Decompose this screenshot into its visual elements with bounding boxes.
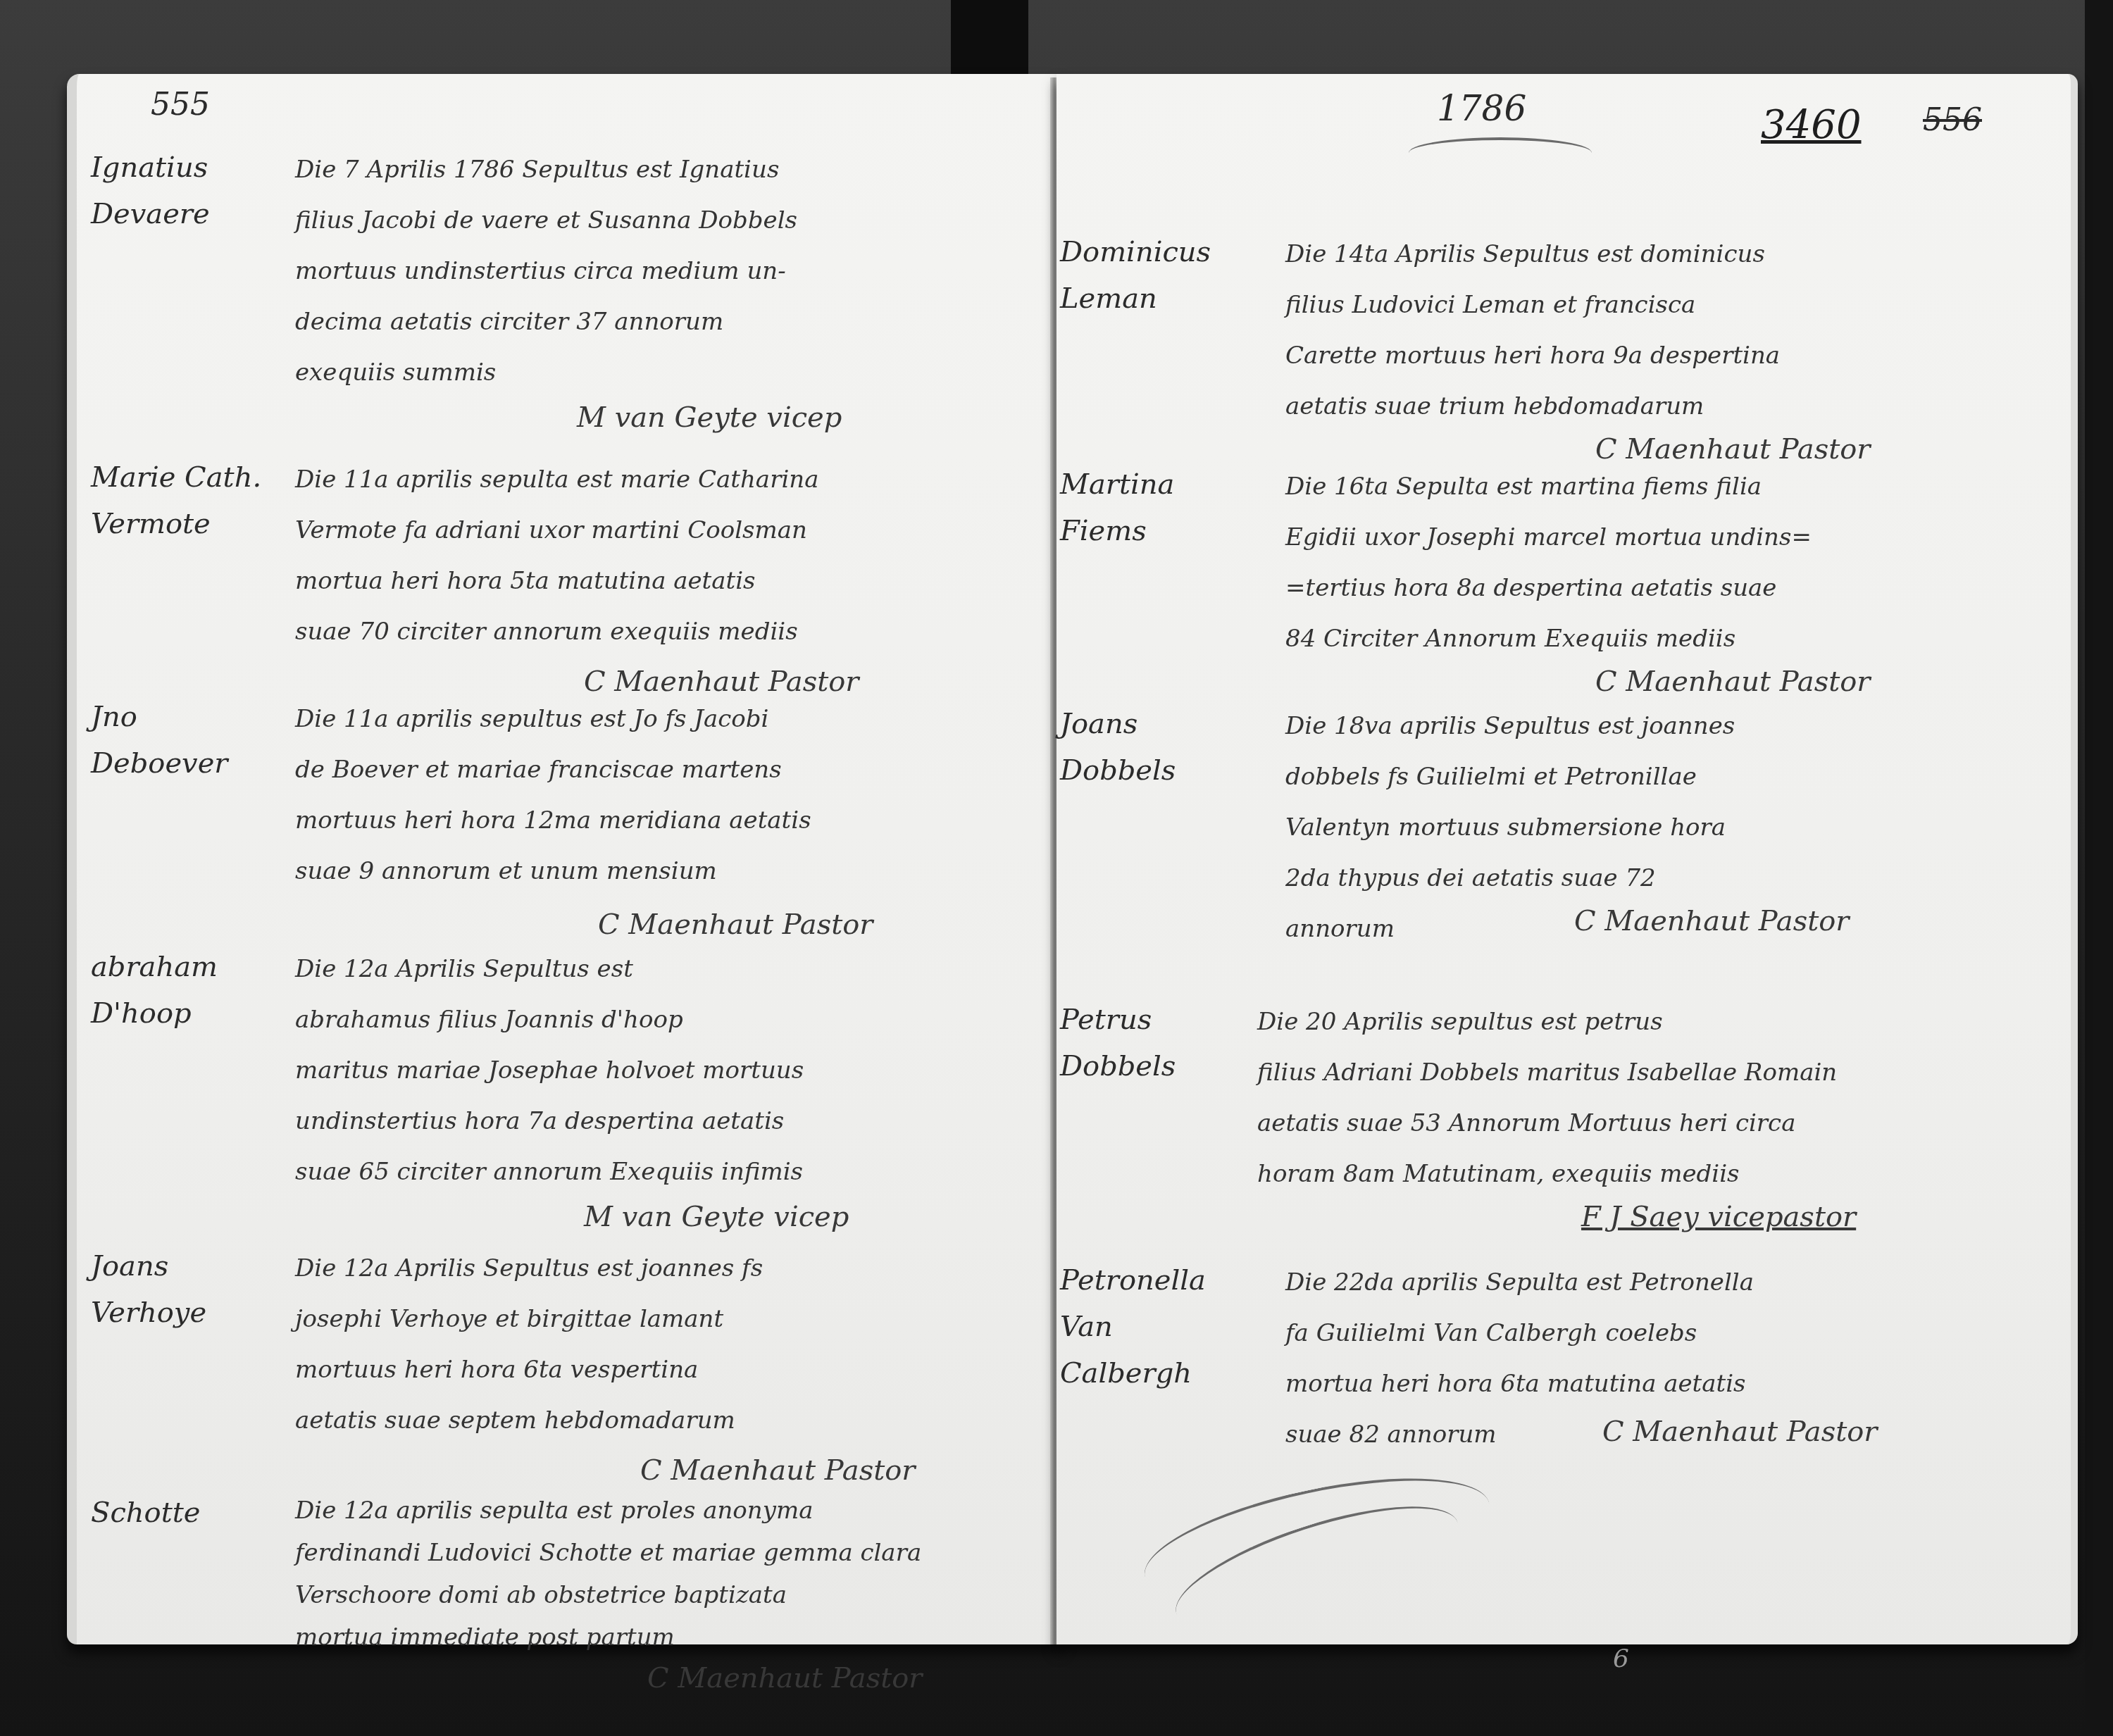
margin-name: Marie Cath. Vermote	[91, 454, 274, 547]
signature: F J Saey vicepastor	[1581, 1201, 1856, 1233]
entry-text: Die 12a aprilis sepulta est proles anony…	[295, 1490, 1035, 1659]
scan-background-dark-strip	[951, 0, 1028, 83]
signature: C Maenhaut Pastor	[640, 1454, 916, 1487]
margin-name: Jno Deboever	[91, 694, 274, 787]
entry-text: Die 20 Aprilis sepultus est petrus filiu…	[1257, 997, 1997, 1199]
signature: C Maenhaut Pastor	[1574, 905, 1850, 937]
footer-mark: 6	[1613, 1644, 1629, 1673]
margin-name: Ignatius Devaere	[91, 144, 274, 237]
signature: M van Geyte vicep	[584, 1201, 849, 1233]
folio-number: 3460	[1761, 102, 1862, 148]
right-page: 1786 3460 556 Dominicus Leman Die 14ta A…	[1056, 74, 2078, 1644]
signature: C Maenhaut Pastor	[1602, 1416, 1878, 1448]
year-flourish	[1409, 137, 1592, 168]
left-page: 555 Ignatius Devaere Die 7 Aprilis 1786 …	[67, 74, 1061, 1644]
margin-name: Joans Dobbels	[1060, 701, 1243, 794]
entry-text: Die 14ta Aprilis Sepultus est dominicus …	[1285, 229, 2025, 432]
entry-text: Die 11a aprilis sepulta est marie Cathar…	[295, 454, 1035, 657]
signature: C Maenhaut Pastor	[1595, 666, 1871, 698]
scan-background-right-strip	[2085, 0, 2113, 1736]
year-header: 1786	[1437, 88, 1526, 129]
entry-text: Die 12a Aprilis Sepultus est joannes fs …	[295, 1243, 1035, 1446]
entry-text: Die 16ta Sepulta est martina fiems filia…	[1285, 461, 2025, 664]
signature: C Maenhaut Pastor	[647, 1662, 923, 1694]
entry-text: Die 12a Aprilis Sepultus est abrahamus f…	[295, 944, 1035, 1197]
page-number-struck: 556	[1923, 102, 1982, 138]
entry-text: Die 7 Aprilis 1786 Sepultus est Ignatius…	[295, 144, 1035, 398]
margin-name: Petrus Dobbels	[1060, 997, 1243, 1089]
margin-name: Petronella Van Calbergh	[1060, 1257, 1243, 1397]
margin-name: Dominicus Leman	[1060, 229, 1243, 322]
margin-name: Schotte	[91, 1490, 274, 1536]
margin-name: Martina Fiems	[1060, 461, 1243, 554]
page-number: 555	[151, 87, 210, 123]
signature: M van Geyte vicep	[577, 401, 842, 434]
margin-name: abraham D'hoop	[91, 944, 274, 1037]
signature: C Maenhaut Pastor	[598, 908, 873, 941]
entry-text: Die 11a aprilis sepultus est Jo fs Jacob…	[295, 694, 1035, 897]
margin-name: Joans Verhoye	[91, 1243, 274, 1336]
